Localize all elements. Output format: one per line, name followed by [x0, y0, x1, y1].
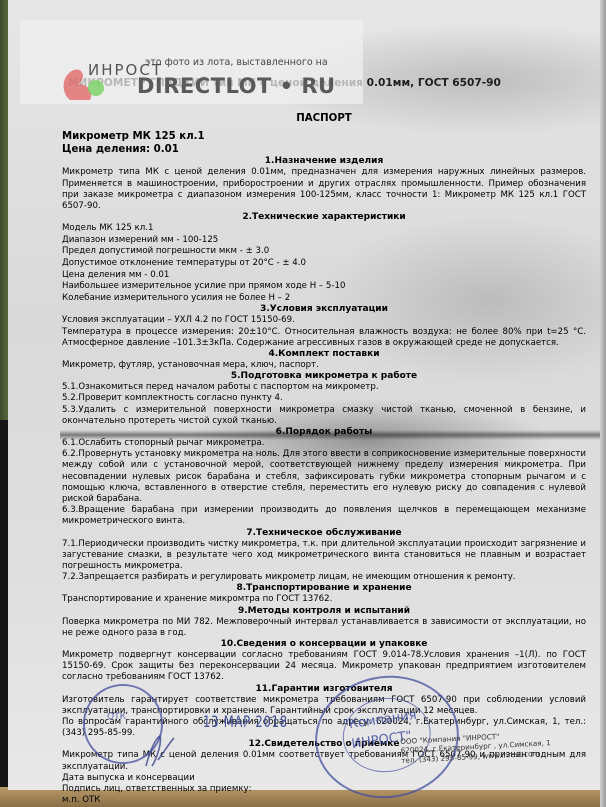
section-paragraph: Условия эксплуатации – УХЛ 4.2 по ГОСТ 1…	[62, 315, 586, 326]
section-paragraph: Транспортирование и хранение микромтра п…	[62, 594, 586, 605]
section-paragraph: 6.1.Ослабить стопорный рычаг микрометра.	[62, 438, 586, 449]
section-paragraph: Поверка микрометра по МИ 782. Межповероч…	[62, 617, 586, 639]
watermark-banner: ИНРОСТ это фото из лота, выставленного н…	[20, 20, 363, 104]
spec-item: Наибольшее измерительное усилие при прям…	[62, 281, 586, 293]
signature-icon	[140, 730, 180, 770]
spec-item: Диапазон измерений мм - 100-125	[62, 235, 586, 247]
model-line: Микрометр МК 125 кл.1 Цена деления: 0.01	[62, 130, 586, 156]
division-value: Цена деления: 0.01	[62, 143, 586, 156]
section-paragraph: 7.2.Запрещается разбирать и регулировать…	[62, 572, 586, 583]
spec-item: Колебание измерительного усилия не более…	[62, 293, 586, 305]
section-paragraph: Температура в процессе измерения: 20±10°…	[62, 327, 586, 349]
watermark-caption: это фото из лота, выставленного на	[145, 57, 328, 68]
spec-item: Модель МК 125 кл.1	[62, 223, 586, 235]
section-heading: 1.Назначение изделия	[62, 156, 586, 167]
spec-item: Предел допустимой погрешности мкм - ± 3.…	[62, 246, 586, 258]
section-heading: 5.Подготовка микрометра к работе	[62, 371, 586, 382]
section-paragraph: 7.1.Периодически производить чистку микр…	[62, 539, 586, 573]
section-heading: 3.Условия эксплуатации	[62, 304, 586, 315]
section-paragraph: 5.2.Проверит комплектность согласно пунк…	[62, 393, 586, 404]
section-paragraph: 5.3.Удалить с измерительной поверхности …	[62, 405, 586, 427]
section-paragraph: Микрометр типа МК с ценой деления 0.01мм…	[62, 167, 586, 212]
section-heading: 8.Транспортирование и хранение	[62, 583, 586, 594]
section-paragraph: 6.3.Вращение барабана при измерении прои…	[62, 505, 586, 527]
section-paragraph: Подпись лиц, ответственных за приемку:	[62, 784, 586, 795]
paper-edge	[600, 0, 606, 807]
date-stamp: 13 МАР 2018	[203, 712, 288, 731]
section-paragraph: 6.2.Провернуть установку микрометра на н…	[62, 449, 586, 505]
section-heading: 2.Технические характеристики	[62, 212, 586, 223]
model-name: Микрометр МК 125 кл.1	[62, 130, 586, 143]
section-heading: 6.Порядок работы	[62, 427, 586, 438]
section-paragraph: Микрометр, футляр, установочная мера, кл…	[62, 360, 586, 371]
section-heading: 10.Сведения о консервации и упаковке	[62, 639, 586, 650]
watermark-site: DIRECTLOT • RU	[137, 74, 336, 98]
section-heading: 4.Комплект поставки	[62, 349, 586, 360]
section-paragraph: Дата выпуска и консервации	[62, 773, 586, 784]
spec-list: Модель МК 125 кл.1Диапазон измерений мм …	[62, 223, 586, 304]
spec-item: Допустимое отклонение температуры от 20°…	[62, 258, 586, 270]
section-paragraph: 5.1.Ознакомиться перед началом работы с …	[62, 382, 586, 393]
section-heading: 9.Методы контроля и испытаний	[62, 606, 586, 617]
spec-item: Цена деления мм - 0.01	[62, 270, 586, 282]
section-paragraph: Микрометр подвергнут консервации согласн…	[62, 650, 586, 684]
section-heading: 7.Техническое обслуживание	[62, 528, 586, 539]
document-title: ПАСПОРТ	[62, 113, 586, 124]
section-paragraph: м.п. ОТК	[62, 795, 586, 806]
